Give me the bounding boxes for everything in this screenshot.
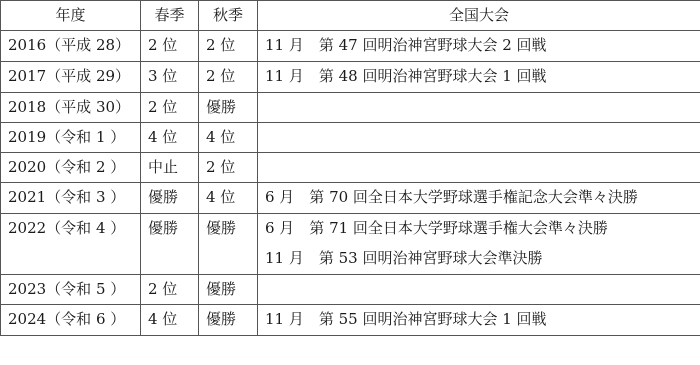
cell-national: 11 月 第 48 回明治神宮野球大会 1 回戦 <box>258 62 700 93</box>
cell-national <box>258 153 700 183</box>
table-row: 2024（令和 6 ） 4 位 優勝 11 月 第 55 回明治神宮野球大会 1… <box>1 305 700 336</box>
cell-autumn: 優勝 <box>199 275 258 305</box>
cell-national: 11 月 第 55 回明治神宮野球大会 1 回戦 <box>258 305 700 336</box>
cell-spring: 3 位 <box>141 62 199 93</box>
cell-national <box>258 275 700 305</box>
national-entry: 6 月 第 70 回全日本大学野球選手権記念大会準々決勝 <box>265 183 693 213</box>
table-row: 2016（平成 28） 2 位 2 位 11 月 第 47 回明治神宮野球大会 … <box>1 31 700 62</box>
national-entry: 11 月 第 55 回明治神宮野球大会 1 回戦 <box>265 305 693 335</box>
cell-spring: 優勝 <box>141 183 199 214</box>
cell-spring: 2 位 <box>141 31 199 62</box>
cell-year: 2024（令和 6 ） <box>1 305 141 336</box>
cell-spring: 中止 <box>141 153 199 183</box>
cell-autumn: 優勝 <box>199 305 258 336</box>
cell-autumn: 4 位 <box>199 183 258 214</box>
cell-autumn: 優勝 <box>199 214 258 275</box>
cell-year: 2021（令和 3 ） <box>1 183 141 214</box>
cell-year: 2019（令和 1 ） <box>1 123 141 153</box>
national-entry: 6 月 第 71 回全日本大学野球選手権大会準々決勝 <box>265 214 693 244</box>
cell-national <box>258 123 700 153</box>
table-row: 2018（平成 30） 2 位 優勝 <box>1 93 700 123</box>
cell-year: 2020（令和 2 ） <box>1 153 141 183</box>
cell-national: 11 月 第 47 回明治神宮野球大会 2 回戦 <box>258 31 700 62</box>
cell-year: 2016（平成 28） <box>1 31 141 62</box>
cell-year: 2017（平成 29） <box>1 62 141 93</box>
table-row: 2021（令和 3 ） 優勝 4 位 6 月 第 70 回全日本大学野球選手権記… <box>1 183 700 214</box>
cell-year: 2023（令和 5 ） <box>1 275 141 305</box>
cell-autumn: 優勝 <box>199 93 258 123</box>
table-row: 2022（令和 4 ） 優勝 優勝 6 月 第 71 回全日本大学野球選手権大会… <box>1 214 700 275</box>
cell-national: 6 月 第 70 回全日本大学野球選手権記念大会準々決勝 <box>258 183 700 214</box>
cell-year: 2022（令和 4 ） <box>1 214 141 275</box>
national-entry: 11 月 第 47 回明治神宮野球大会 2 回戦 <box>265 31 693 61</box>
cell-autumn: 4 位 <box>199 123 258 153</box>
table-row: 2020（令和 2 ） 中止 2 位 <box>1 153 700 183</box>
header-national: 全国大会 <box>258 1 700 31</box>
header-spring: 春季 <box>141 1 199 31</box>
header-autumn: 秋季 <box>199 1 258 31</box>
cell-spring: 優勝 <box>141 214 199 275</box>
header-year: 年度 <box>1 1 141 31</box>
cell-spring: 2 位 <box>141 275 199 305</box>
results-table: 年度 春季 秋季 全国大会 2016（平成 28） 2 位 2 位 11 月 第… <box>0 0 700 336</box>
table-row: 2023（令和 5 ） 2 位 優勝 <box>1 275 700 305</box>
table-row: 2017（平成 29） 3 位 2 位 11 月 第 48 回明治神宮野球大会 … <box>1 62 700 93</box>
header-row: 年度 春季 秋季 全国大会 <box>1 1 700 31</box>
national-entry: 11 月 第 48 回明治神宮野球大会 1 回戦 <box>265 62 693 92</box>
cell-year: 2018（平成 30） <box>1 93 141 123</box>
cell-autumn: 2 位 <box>199 62 258 93</box>
cell-spring: 2 位 <box>141 93 199 123</box>
table-row: 2019（令和 1 ） 4 位 4 位 <box>1 123 700 153</box>
national-entry: 11 月 第 53 回明治神宮野球大会準決勝 <box>265 244 693 274</box>
cell-spring: 4 位 <box>141 305 199 336</box>
cell-spring: 4 位 <box>141 123 199 153</box>
cell-national <box>258 93 700 123</box>
cell-autumn: 2 位 <box>199 153 258 183</box>
cell-autumn: 2 位 <box>199 31 258 62</box>
cell-national: 6 月 第 71 回全日本大学野球選手権大会準々決勝 11 月 第 53 回明治… <box>258 214 700 275</box>
